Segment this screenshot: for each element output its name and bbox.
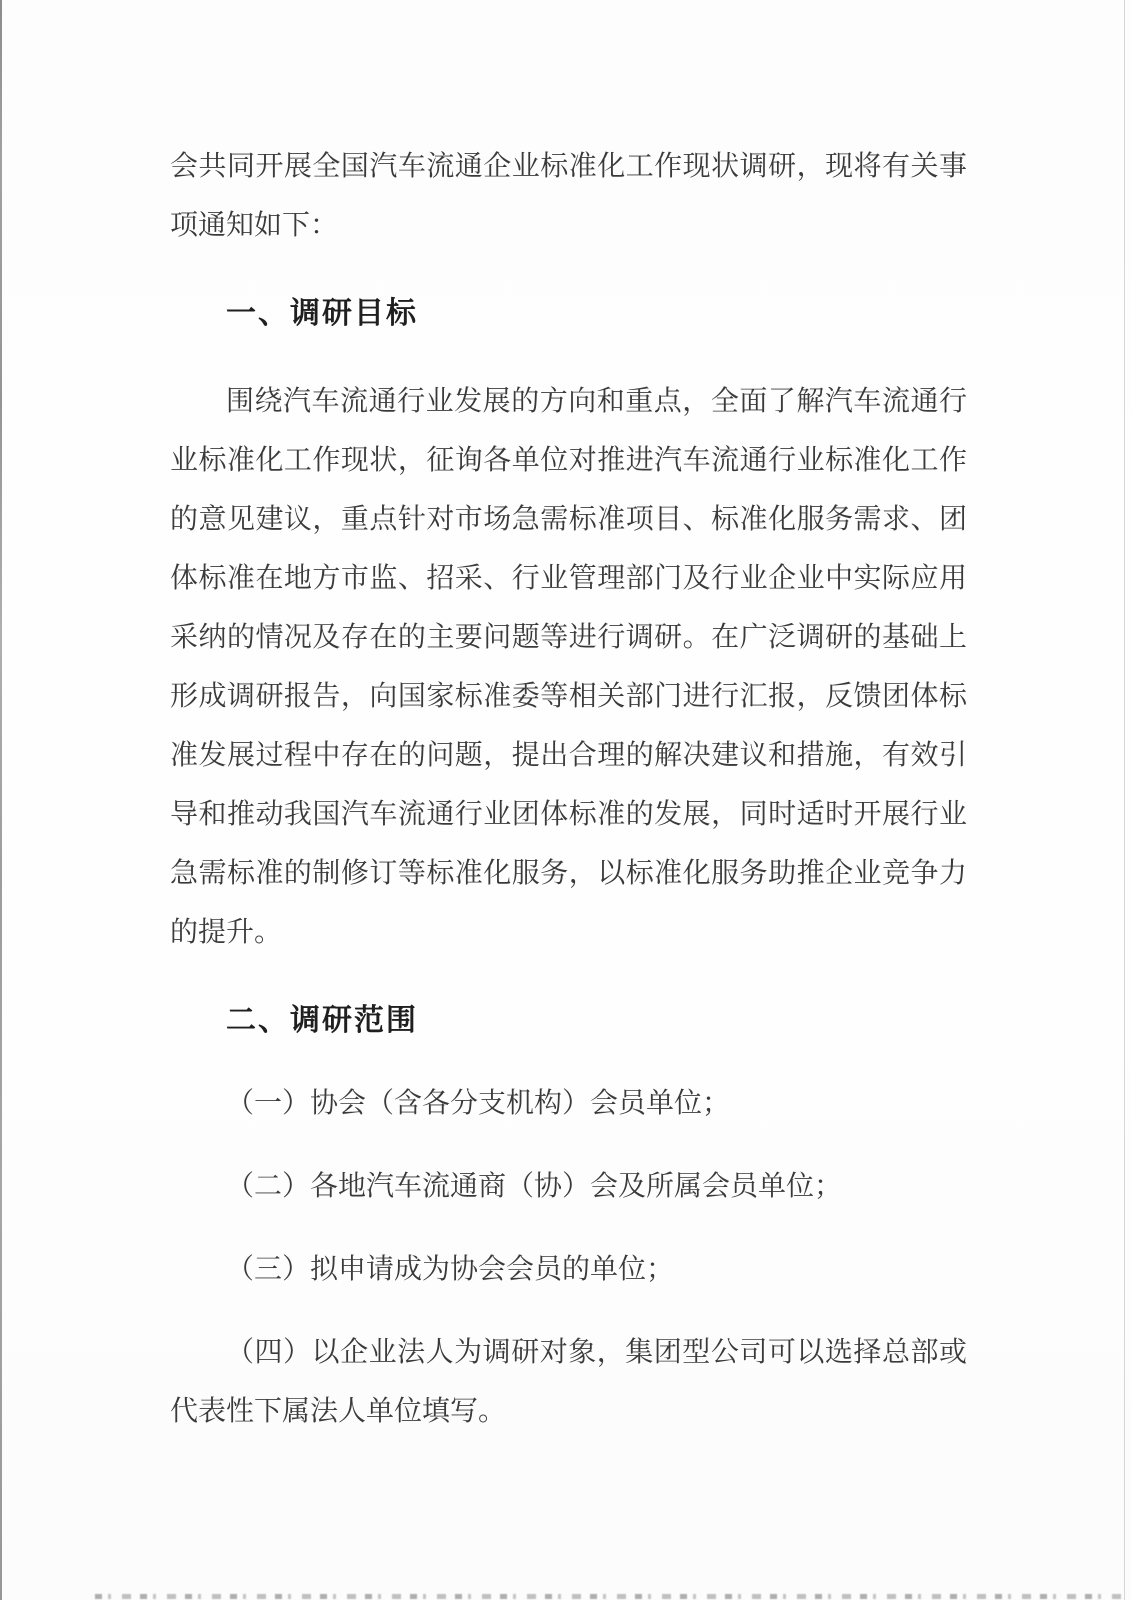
scan-noise-bottom-artifact xyxy=(95,1594,1127,1599)
section-1-paragraph: 围绕汽车流通行业发展的方向和重点，全面了解汽车流通行业标准化工作现状，征询各单位… xyxy=(170,372,967,962)
scan-line-right-artifact xyxy=(1124,0,1125,1600)
survey-scope-item-2: （二）各地汽车流通商（协）会及所属会员单位； xyxy=(170,1157,967,1216)
intro-continuation-paragraph: 会共同开展全国汽车流通企业标准化工作现状调研，现将有关事项通知如下： xyxy=(170,137,967,255)
survey-scope-item-1: （一）协会（含各分支机构）会员单位； xyxy=(170,1074,967,1133)
document-content: 会共同开展全国汽车流通企业标准化工作现状调研，现将有关事项通知如下： 一、调研目… xyxy=(170,137,967,1441)
section-1-heading: 一、调研目标 xyxy=(170,284,967,343)
survey-scope-item-3: （三）拟申请成为协会会员的单位； xyxy=(170,1240,967,1299)
scan-edge-left-artifact xyxy=(0,0,2,1600)
survey-scope-item-4: （四）以企业法人为调研对象，集团型公司可以选择总部或代表性下属法人单位填写。 xyxy=(170,1323,967,1441)
section-2-heading: 二、调研范围 xyxy=(170,991,967,1050)
scanned-document-page: 会共同开展全国汽车流通企业标准化工作现状调研，现将有关事项通知如下： 一、调研目… xyxy=(0,0,1131,1600)
